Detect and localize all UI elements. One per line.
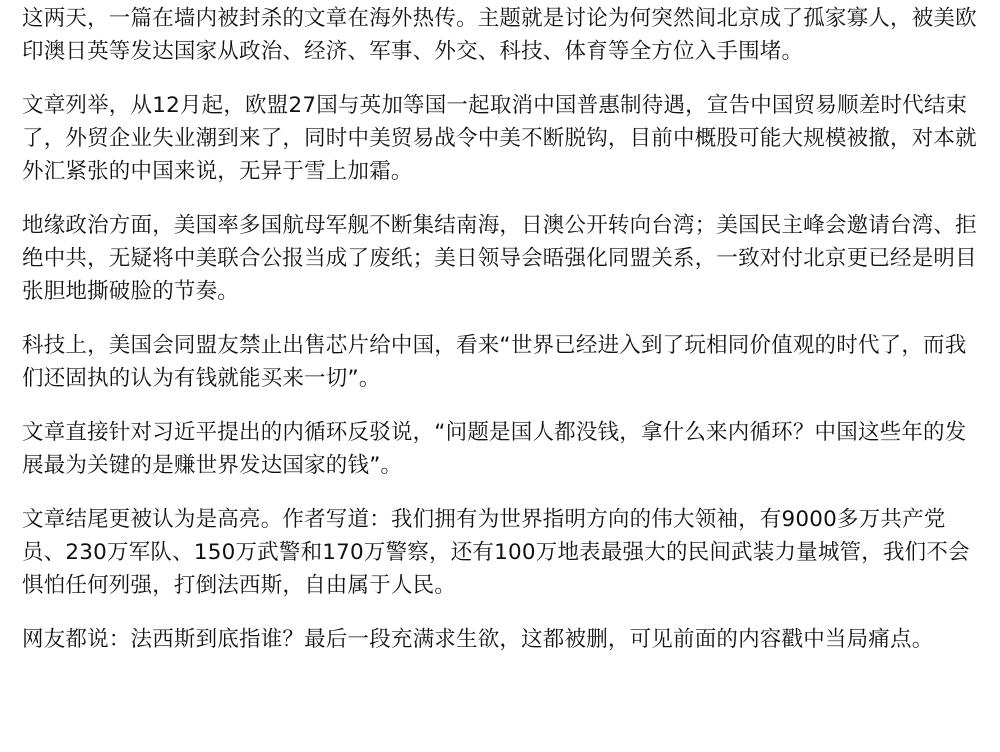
paragraph-geopolitics: 地缘政治方面，美国率多国航母军舰不断集结南海，日澳公开转向台湾；美国民主峰会邀请… [22,209,980,308]
article-body: 这两天，一篇在墙内被封杀的文章在海外热传。主题就是讨论为何突然间北京成了孤家寡人… [0,0,1000,656]
paragraph-trade: 文章列举，从12月起，欧盟27国与英加等国一起取消中国普惠制待遇，宣告中国贸易顺… [22,89,980,188]
paragraph-intro: 这两天，一篇在墙内被封杀的文章在海外热传。主题就是讨论为何突然间北京成了孤家寡人… [22,2,980,68]
paragraph-conclusion: 文章结尾更被认为是高亮。作者写道：我们拥有为世界指明方向的伟大领袖，有9000多… [22,503,980,602]
paragraph-technology: 科技上，美国会同盟友禁止出售芯片给中国，看来“世界已经进入到了玩相同价值观的时代… [22,329,980,395]
paragraph-netizen-comments: 网友都说：法西斯到底指谁？最后一段充满求生欲，这都被删，可见前面的内容戳中当局痛… [22,623,980,656]
paragraph-internal-circulation: 文章直接针对习近平提出的内循环反驳说，“问题是国人都没钱，拿什么来内循环？中国这… [22,416,980,482]
